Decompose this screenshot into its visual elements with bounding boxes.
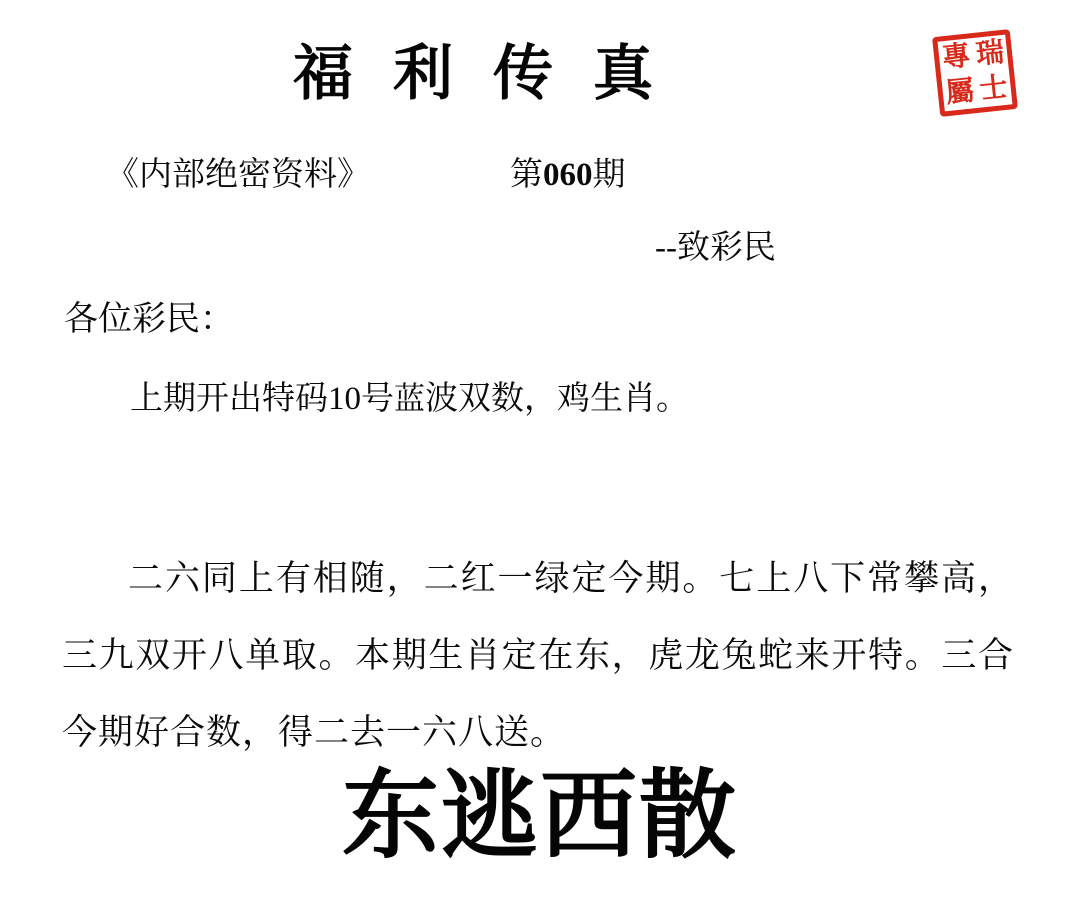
classification-label: 《内部绝密资料》 <box>106 156 370 196</box>
seal-character: 專 <box>941 41 972 74</box>
last-draw-suffix: 波双数，鸡生肖。 <box>425 381 689 417</box>
headline-phrase: 东逃西散 <box>0 768 1080 867</box>
seal-character: 士 <box>978 72 1009 105</box>
issue-prefix: 第 <box>510 157 543 193</box>
seal-character: 瑞 <box>975 37 1006 70</box>
issue-number-label: 第060期 <box>510 156 626 196</box>
page-title: 福利传真 <box>293 42 693 105</box>
issue-number: 060 <box>543 157 593 193</box>
salutation: 各位彩民： <box>64 300 234 341</box>
document-page: 福利传真 專 瑞 屬 士 《内部绝密资料》 第060期 --致彩民 各位彩民： … <box>0 0 1080 918</box>
seal-character: 屬 <box>944 76 975 109</box>
last-draw-wave-color: 蓝 <box>394 381 425 416</box>
last-draw-prefix: 上期开出特码10号 <box>130 381 394 417</box>
red-seal-stamp: 專 瑞 屬 士 <box>932 29 1018 117</box>
tip-paragraph: 二六同上有相随，二红一绿定今期。七上八下常攀高，三九双开八单取。本期生肖定在东，… <box>62 540 1014 771</box>
byline: --致彩民 <box>655 229 776 269</box>
last-draw-result-line: 上期开出特码10号蓝波双数，鸡生肖。 <box>130 380 689 420</box>
issue-suffix: 期 <box>593 157 626 193</box>
